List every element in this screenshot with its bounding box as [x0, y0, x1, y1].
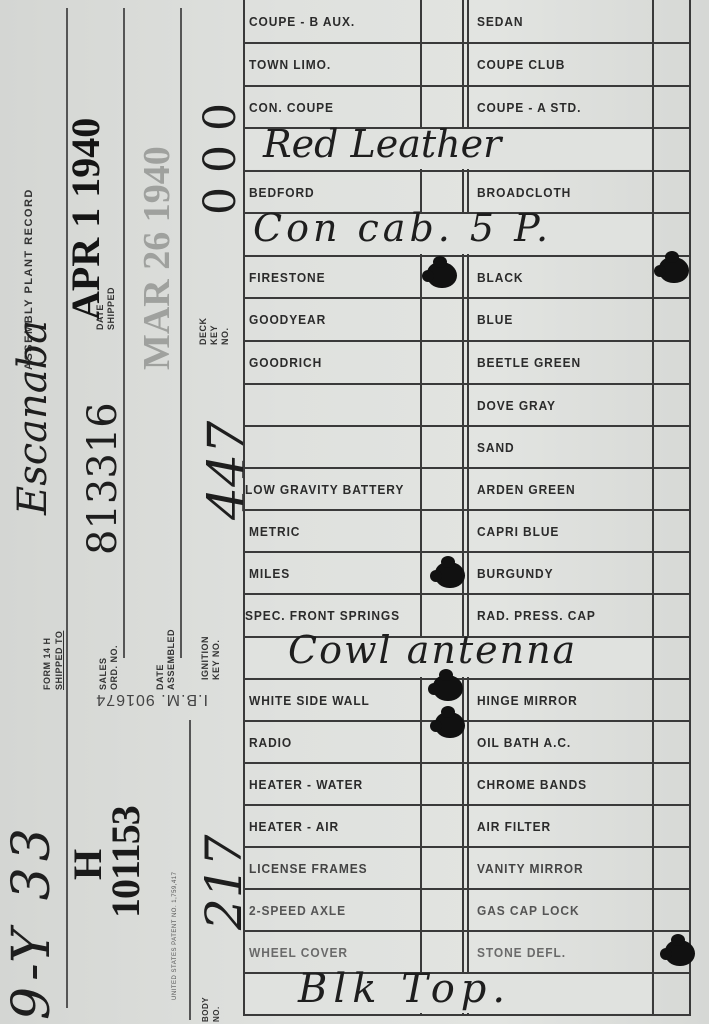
handwritten-code: 9-Y 33 [2, 822, 62, 1020]
option-label: VANITY MIRROR [477, 847, 643, 889]
option-row: LOW GRAVITY BATTERYARDEN GREEN [243, 468, 691, 510]
option-label: COUPE - B AUX. [249, 0, 407, 42]
check-mark-stone-defl [665, 940, 695, 966]
option-row: DOVE GRAY [243, 384, 691, 426]
option-row: TOWN LIMO.COUPE CLUB [243, 43, 691, 85]
check-mark-white-side-wall [433, 675, 463, 701]
option-row: WHITE SIDE WALLHINGE MIRROR [243, 679, 691, 721]
option-label: SEDAN [477, 0, 643, 42]
option-label: 2-SPEED AXLE [249, 889, 407, 931]
sales-ord-value: 813316 [80, 402, 126, 555]
handwritten-upholstery: Red Leather [263, 122, 501, 166]
form-number: FORM 14 H [42, 637, 53, 690]
option-row: RADIOOIL BATH A.C. [243, 721, 691, 763]
option-row: HEATER - AIRAIR FILTER [243, 805, 691, 847]
options-grid: COUPE - B AUX.SEDAN TOWN LIMO.COUPE CLUB… [243, 0, 691, 1016]
option-label: FIRESTONE [249, 256, 407, 298]
option-label: HEATER - AIR [249, 805, 407, 847]
option-label [249, 426, 407, 468]
option-label: ARDEN GREEN [477, 468, 643, 510]
option-label [249, 384, 407, 426]
option-label: RADIO [249, 721, 407, 763]
handwritten-body-type: Con cab. 5 P. [253, 206, 552, 250]
handwritten-top: Blk Top. [298, 966, 511, 1012]
date-assembled-label: DATE ASSEMBLED [155, 630, 177, 690]
option-label: COUPE CLUB [477, 43, 643, 85]
option-row: LICENSE FRAMESVANITY MIRROR [243, 847, 691, 889]
check-mark-black [659, 257, 689, 283]
sales-ord-label: SALES ORD. NO. [98, 645, 120, 690]
option-label: TOWN LIMO. [249, 43, 407, 85]
option-label: LOW GRAVITY BATTERY [245, 468, 403, 510]
date-assembled-value: MAR 26 1940 [135, 146, 179, 370]
option-row: METRICCAPRI BLUE [243, 510, 691, 552]
option-label: AIR FILTER [477, 805, 643, 847]
patent-note: UNITED STATES PATENT NO. 1,759,417 [172, 872, 178, 1000]
option-row: 2-SPEED AXLEGAS CAP LOCK [243, 889, 691, 931]
option-label: HINGE MIRROR [477, 679, 643, 721]
option-label: BLUE [477, 298, 643, 340]
option-label: MILES [249, 552, 407, 594]
option-label: METRIC [249, 510, 407, 552]
option-label: BEETLE GREEN [477, 341, 643, 383]
option-row: MILESBURGUNDY [243, 552, 691, 594]
option-label: GOODRICH [249, 341, 407, 383]
date-shipped-value: APR 1 1940 [62, 118, 109, 320]
shipped-to-label: SHIPPED TO [54, 631, 65, 690]
option-label: WHITE SIDE WALL [249, 679, 407, 721]
option-label: CAPRI BLUE [477, 510, 643, 552]
option-label: DOVE GRAY [477, 384, 643, 426]
deck-key-value: 000 [195, 89, 246, 215]
check-mark-radio [435, 712, 465, 738]
body-no-label: BODY NO. [200, 1000, 222, 1022]
option-label: LICENSE FRAMES [249, 847, 407, 889]
option-label: SAND [477, 426, 643, 468]
assembly-plant-record-card: ASSEMBLY PLANT RECORD FORM 14 H SHIPPED … [0, 0, 709, 1024]
option-label: BURGUNDY [477, 552, 643, 594]
divider [189, 720, 191, 1020]
option-row: HEATER - WATERCHROME BANDS [243, 763, 691, 805]
option-row: GOODRICHBEETLE GREEN [243, 341, 691, 383]
option-row: SAND [243, 426, 691, 468]
shipped-to-value: Escanaba [10, 320, 56, 515]
option-label: GOODYEAR [249, 298, 407, 340]
option-label: GAS CAP LOCK [477, 889, 643, 931]
deck-key-label: DECK KEY NO. [198, 305, 231, 345]
option-label: OIL BATH A.C. [477, 721, 643, 763]
option-label: COUPE - A STD. [477, 86, 643, 128]
check-mark-firestone [427, 262, 457, 288]
option-row: FIRESTONEBLACK [243, 256, 691, 298]
check-mark-miles [435, 562, 465, 588]
option-row: COUPE - B AUX.SEDAN [243, 0, 691, 42]
divider [123, 8, 125, 658]
divider [180, 8, 182, 658]
ignition-key-label: IGNITION KEY NO. [200, 625, 222, 680]
handwritten-accessory: Cowl antenna [288, 628, 577, 672]
option-row: GOODYEARBLUE [243, 298, 691, 340]
option-label: CHROME BANDS [477, 763, 643, 805]
option-label: BLACK [477, 256, 643, 298]
option-label: HEATER - WATER [249, 763, 407, 805]
ibm-number: I.B.M. 901674 [88, 690, 208, 708]
stamp-number: 101153 [102, 806, 149, 918]
grid-line [243, 1014, 691, 1016]
